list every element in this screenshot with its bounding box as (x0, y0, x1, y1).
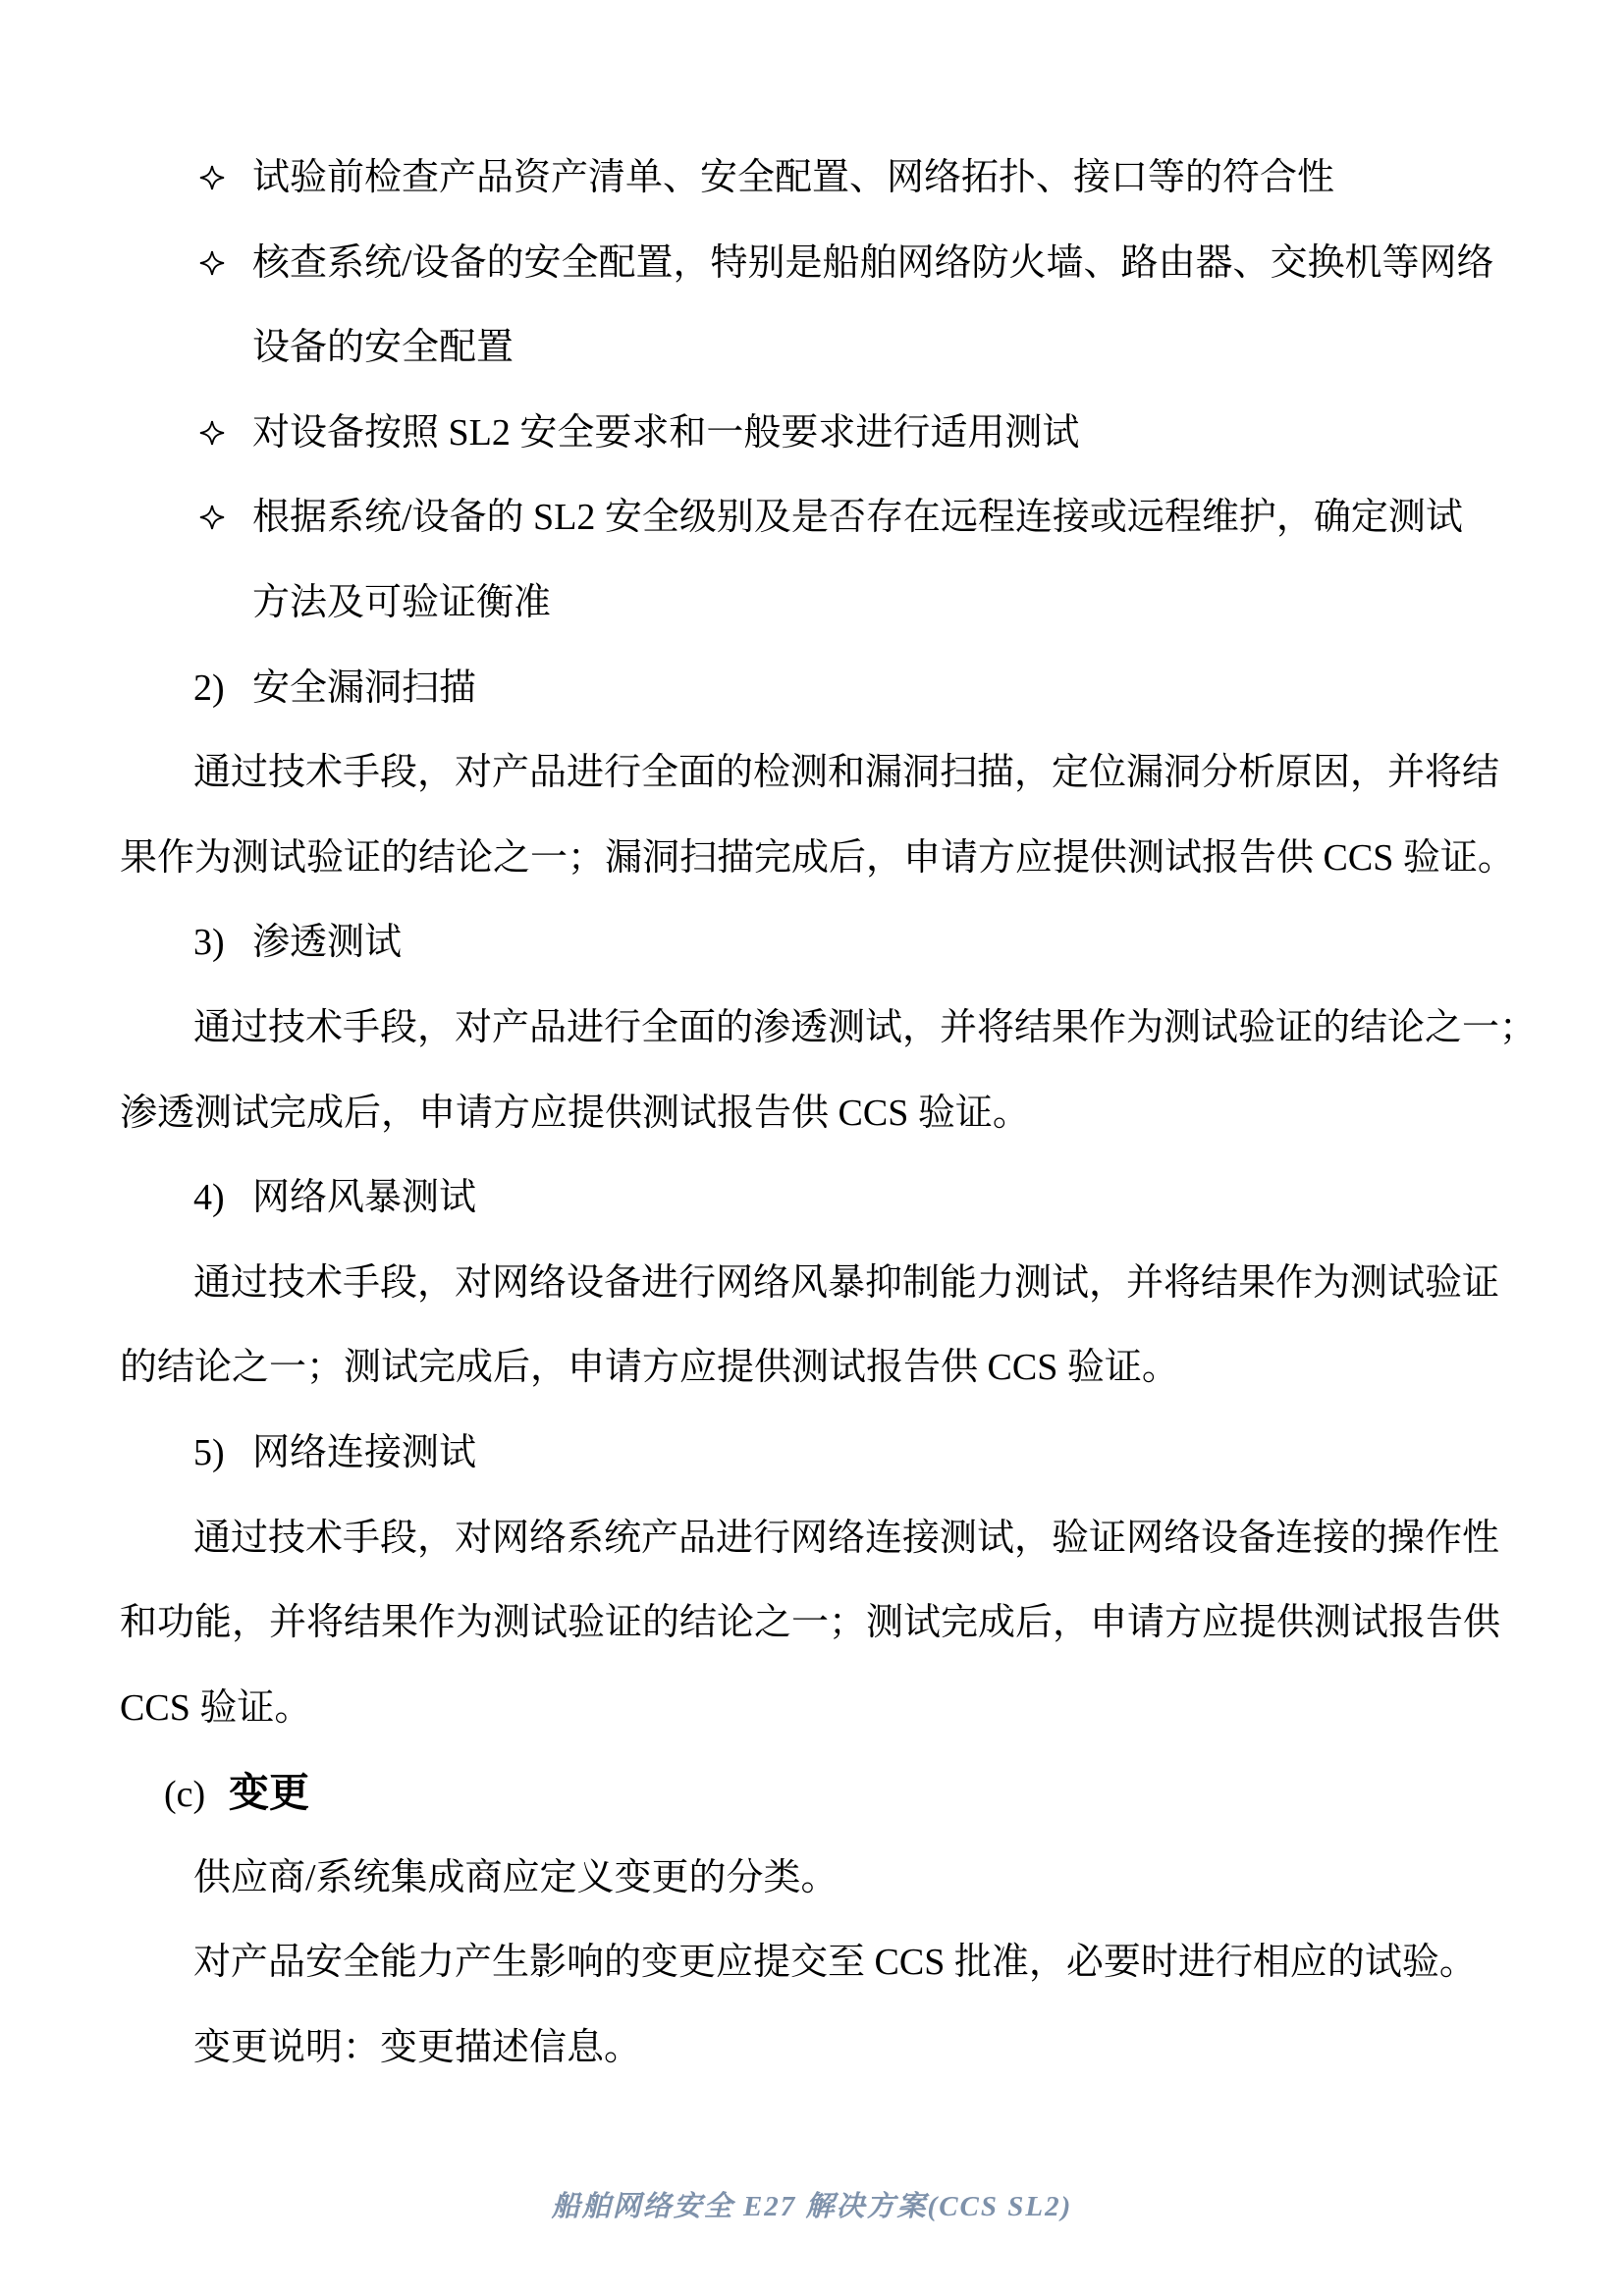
line-number: 4) (193, 1155, 252, 1241)
line-text: 的结论之一；测试完成后，申请方应提供测试报告供 CCS 验证。 (120, 1347, 1179, 1388)
text-line: 设备的安全配置 (120, 305, 1516, 391)
line-number: 2) (193, 646, 252, 731)
line-text: 根据系统/设备的 SL2 安全级别及是否存在远程连接或远程维护，确定测试 (252, 497, 1463, 538)
text-line: 核查系统/设备的安全配置，特别是船舶网络防火墙、路由器、交换机等网络 (120, 221, 1516, 306)
text-line: 变更说明：变更描述信息。 (120, 2005, 1516, 2091)
line-text: 通过技术手段，对网络系统产品进行网络连接测试，验证网络设备连接的操作性 (193, 1518, 1499, 1559)
line-number: 5) (193, 1411, 252, 1496)
text-line: 试验前检查产品资产清单、安全配置、网络拓扑、接口等的符合性 (120, 135, 1516, 221)
text-line: 渗透测试完成后，申请方应提供测试报告供 CCS 验证。 (120, 1071, 1516, 1156)
line-text: 安全漏洞扫描 (252, 667, 476, 709)
bullet-star-icon (199, 505, 225, 530)
text-line: 通过技术手段，对产品进行全面的渗透测试，并将结果作为测试验证的结论之一； (120, 986, 1516, 1071)
text-line: 5)网络连接测试 (120, 1411, 1516, 1496)
bullet-star-icon (199, 420, 225, 446)
line-text: 渗透测试完成后，申请方应提供测试报告供 CCS 验证。 (120, 1093, 1030, 1134)
bullet-star-icon (199, 250, 225, 276)
bullet-star-icon (199, 165, 225, 190)
text-line: 对产品安全能力产生影响的变更应提交至 CCS 批准，必要时进行相应的试验。 (120, 1920, 1516, 2005)
text-line: 和功能，并将结果作为测试验证的结论之一；测试完成后，申请方应提供测试报告供 (120, 1580, 1516, 1666)
line-text: 和功能，并将结果作为测试验证的结论之一；测试完成后，申请方应提供测试报告供 (120, 1602, 1500, 1643)
text-line: 果作为测试验证的结论之一；漏洞扫描完成后，申请方应提供测试报告供 CCS 验证。 (120, 816, 1516, 901)
text-line: 通过技术手段，对产品进行全面的检测和漏洞扫描，定位漏洞分析原因，并将结 (120, 730, 1516, 816)
page: { "page": { "background": "#ffffff", "te… (0, 0, 1624, 2296)
line-text: 方法及可验证衡准 (252, 582, 551, 623)
line-text: 对产品安全能力产生影响的变更应提交至 CCS 批准，必要时进行相应的试验。 (193, 1942, 1477, 1983)
text-line: 通过技术手段，对网络设备进行网络风暴抑制能力测试，并将结果作为测试验证 (120, 1241, 1516, 1326)
line-text: CCS 验证。 (120, 1687, 311, 1729)
text-line: 2)安全漏洞扫描 (120, 646, 1516, 731)
text-line: 方法及可验证衡准 (120, 561, 1516, 646)
line-text: 果作为测试验证的结论之一；漏洞扫描完成后，申请方应提供测试报告供 CCS 验证。 (120, 837, 1515, 879)
line-text: 设备的安全配置 (252, 327, 514, 368)
text-line: CCS 验证。 (120, 1666, 1516, 1751)
line-text: 通过技术手段，对产品进行全面的渗透测试，并将结果作为测试验证的结论之一； (193, 1007, 1537, 1048)
text-line: 对设备按照 SL2 安全要求和一般要求进行适用测试 (120, 391, 1516, 476)
text-line: 4)网络风暴测试 (120, 1155, 1516, 1241)
line-text: 变更 (229, 1770, 309, 1815)
line-text: 网络风暴测试 (252, 1177, 476, 1218)
footer-text: 船舶网络安全 E27 解决方案(CCS SL2) (552, 2191, 1073, 2222)
text-line: 3)渗透测试 (120, 900, 1516, 986)
line-number: (c) (164, 1752, 229, 1838)
line-text: 渗透测试 (252, 922, 402, 963)
line-text: 通过技术手段，对产品进行全面的检测和漏洞扫描，定位漏洞分析原因，并将结 (193, 752, 1499, 793)
document-body: 试验前检查产品资产清单、安全配置、网络拓扑、接口等的符合性 核查系统/设备的安全… (120, 135, 1516, 2091)
line-number: 3) (193, 900, 252, 986)
line-text: 对设备按照 SL2 安全要求和一般要求进行适用测试 (252, 412, 1079, 454)
page-footer: 船舶网络安全 E27 解决方案(CCS SL2) (0, 2185, 1624, 2228)
text-line: 根据系统/设备的 SL2 安全级别及是否存在远程连接或远程维护，确定测试 (120, 475, 1516, 561)
line-text: 核查系统/设备的安全配置，特别是船舶网络防火墙、路由器、交换机等网络 (252, 242, 1494, 284)
text-line: 供应商/系统集成商应定义变更的分类。 (120, 1836, 1516, 1921)
text-line: (c)变更 (120, 1750, 1516, 1836)
line-text: 通过技术手段，对网络设备进行网络风暴抑制能力测试，并将结果作为测试验证 (193, 1262, 1499, 1304)
line-text: 网络连接测试 (252, 1432, 476, 1473)
line-text: 供应商/系统集成商应定义变更的分类。 (193, 1857, 839, 1898)
text-line: 通过技术手段，对网络系统产品进行网络连接测试，验证网络设备连接的操作性 (120, 1496, 1516, 1581)
line-text: 试验前检查产品资产清单、安全配置、网络拓扑、接口等的符合性 (252, 157, 1334, 198)
text-line: 的结论之一；测试完成后，申请方应提供测试报告供 CCS 验证。 (120, 1325, 1516, 1411)
line-text: 变更说明：变更描述信息。 (193, 2027, 641, 2068)
